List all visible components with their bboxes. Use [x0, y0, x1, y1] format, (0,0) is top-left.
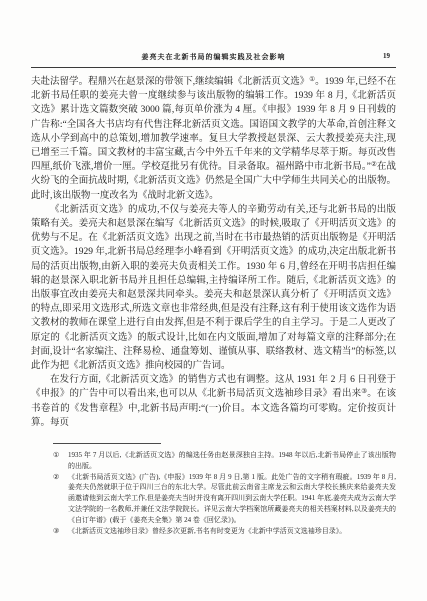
paragraph-text: 《北新活页文选》的成功,不仅与姜亮夫等人的辛勤劳动有关,还与北新书局的出版策略有… [31, 205, 396, 371]
paragraph-text: 夫赴法留学。程鼎兴在赵景深的带领下,继续编辑《北新活页文选》 [31, 77, 309, 87]
page-number: 19 [383, 52, 390, 60]
paragraph-text: 在发行方面,《北新活页文选》的销售方式也有调整。这从 1931 年 2 月 6 … [31, 375, 396, 399]
footnote-3: ③ 《北新活页文选袖珍目录》曾经多次更新,书名有时变更为《北新中学活页文选袖珍目… [53, 526, 396, 537]
document-page: 姜亮夫在北新书局的编辑实践及社会影响 19 夫赴法留学。程鼎兴在赵景深的带领下,… [0, 0, 427, 601]
footnote-1: ① 1935 年 7 月以后,《北新活页文选》的编选任务由赵景深独自主持。194… [53, 450, 396, 472]
footnote-2: ② 《北新书局活页文选》(广告),《申报》1939 年 8 月 9 日,第 1 … [53, 472, 396, 526]
body-paragraph-2: 《北新活页文选》的成功,不仅与姜亮夫等人的辛勤劳动有关,还与北新书局的出版策略有… [31, 203, 396, 373]
running-head: 姜亮夫在北新书局的编辑实践及社会影响 19 [31, 52, 396, 68]
footnote-marker: ③ [53, 526, 68, 537]
footnotes-section: ① 1935 年 7 月以后,《北新活页文选》的编选任务由赵景深独自主持。194… [31, 450, 396, 536]
body-paragraph-3: 在发行方面,《北新活页文选》的销售方式也有调整。这从 1931 年 2 月 6 … [31, 373, 396, 430]
footnote-separator [53, 443, 161, 444]
footnote-text: 《北新书局活页文选》(广告),《申报》1939 年 8 月 9 日,第 1 版。… [68, 472, 396, 526]
footnote-marker: ① [53, 450, 68, 472]
footnote-text: 《北新活页文选袖珍目录》曾经多次更新,书名有时变更为《北新中学活页文选袖珍目录》… [68, 526, 396, 537]
article-body: 夫赴法留学。程鼎兴在赵景深的带领下,继续编辑《北新活页文选》①。1939 年,已… [31, 75, 396, 430]
running-head-title: 姜亮夫在北新书局的编辑实践及社会影响 [142, 53, 286, 61]
paragraph-text: 。1939 年,已经不在北新书局任职的姜亮夫曾一度继续参与该出版物的编辑工作。1… [31, 77, 396, 172]
footnote-marker: ② [53, 472, 68, 526]
footnote-text: 1935 年 7 月以后,《北新活页文选》的编选任务由赵景深独自主持。1948 … [68, 450, 396, 472]
body-paragraph-1: 夫赴法留学。程鼎兴在赵景深的带领下,继续编辑《北新活页文选》①。1939 年,已… [31, 75, 396, 203]
